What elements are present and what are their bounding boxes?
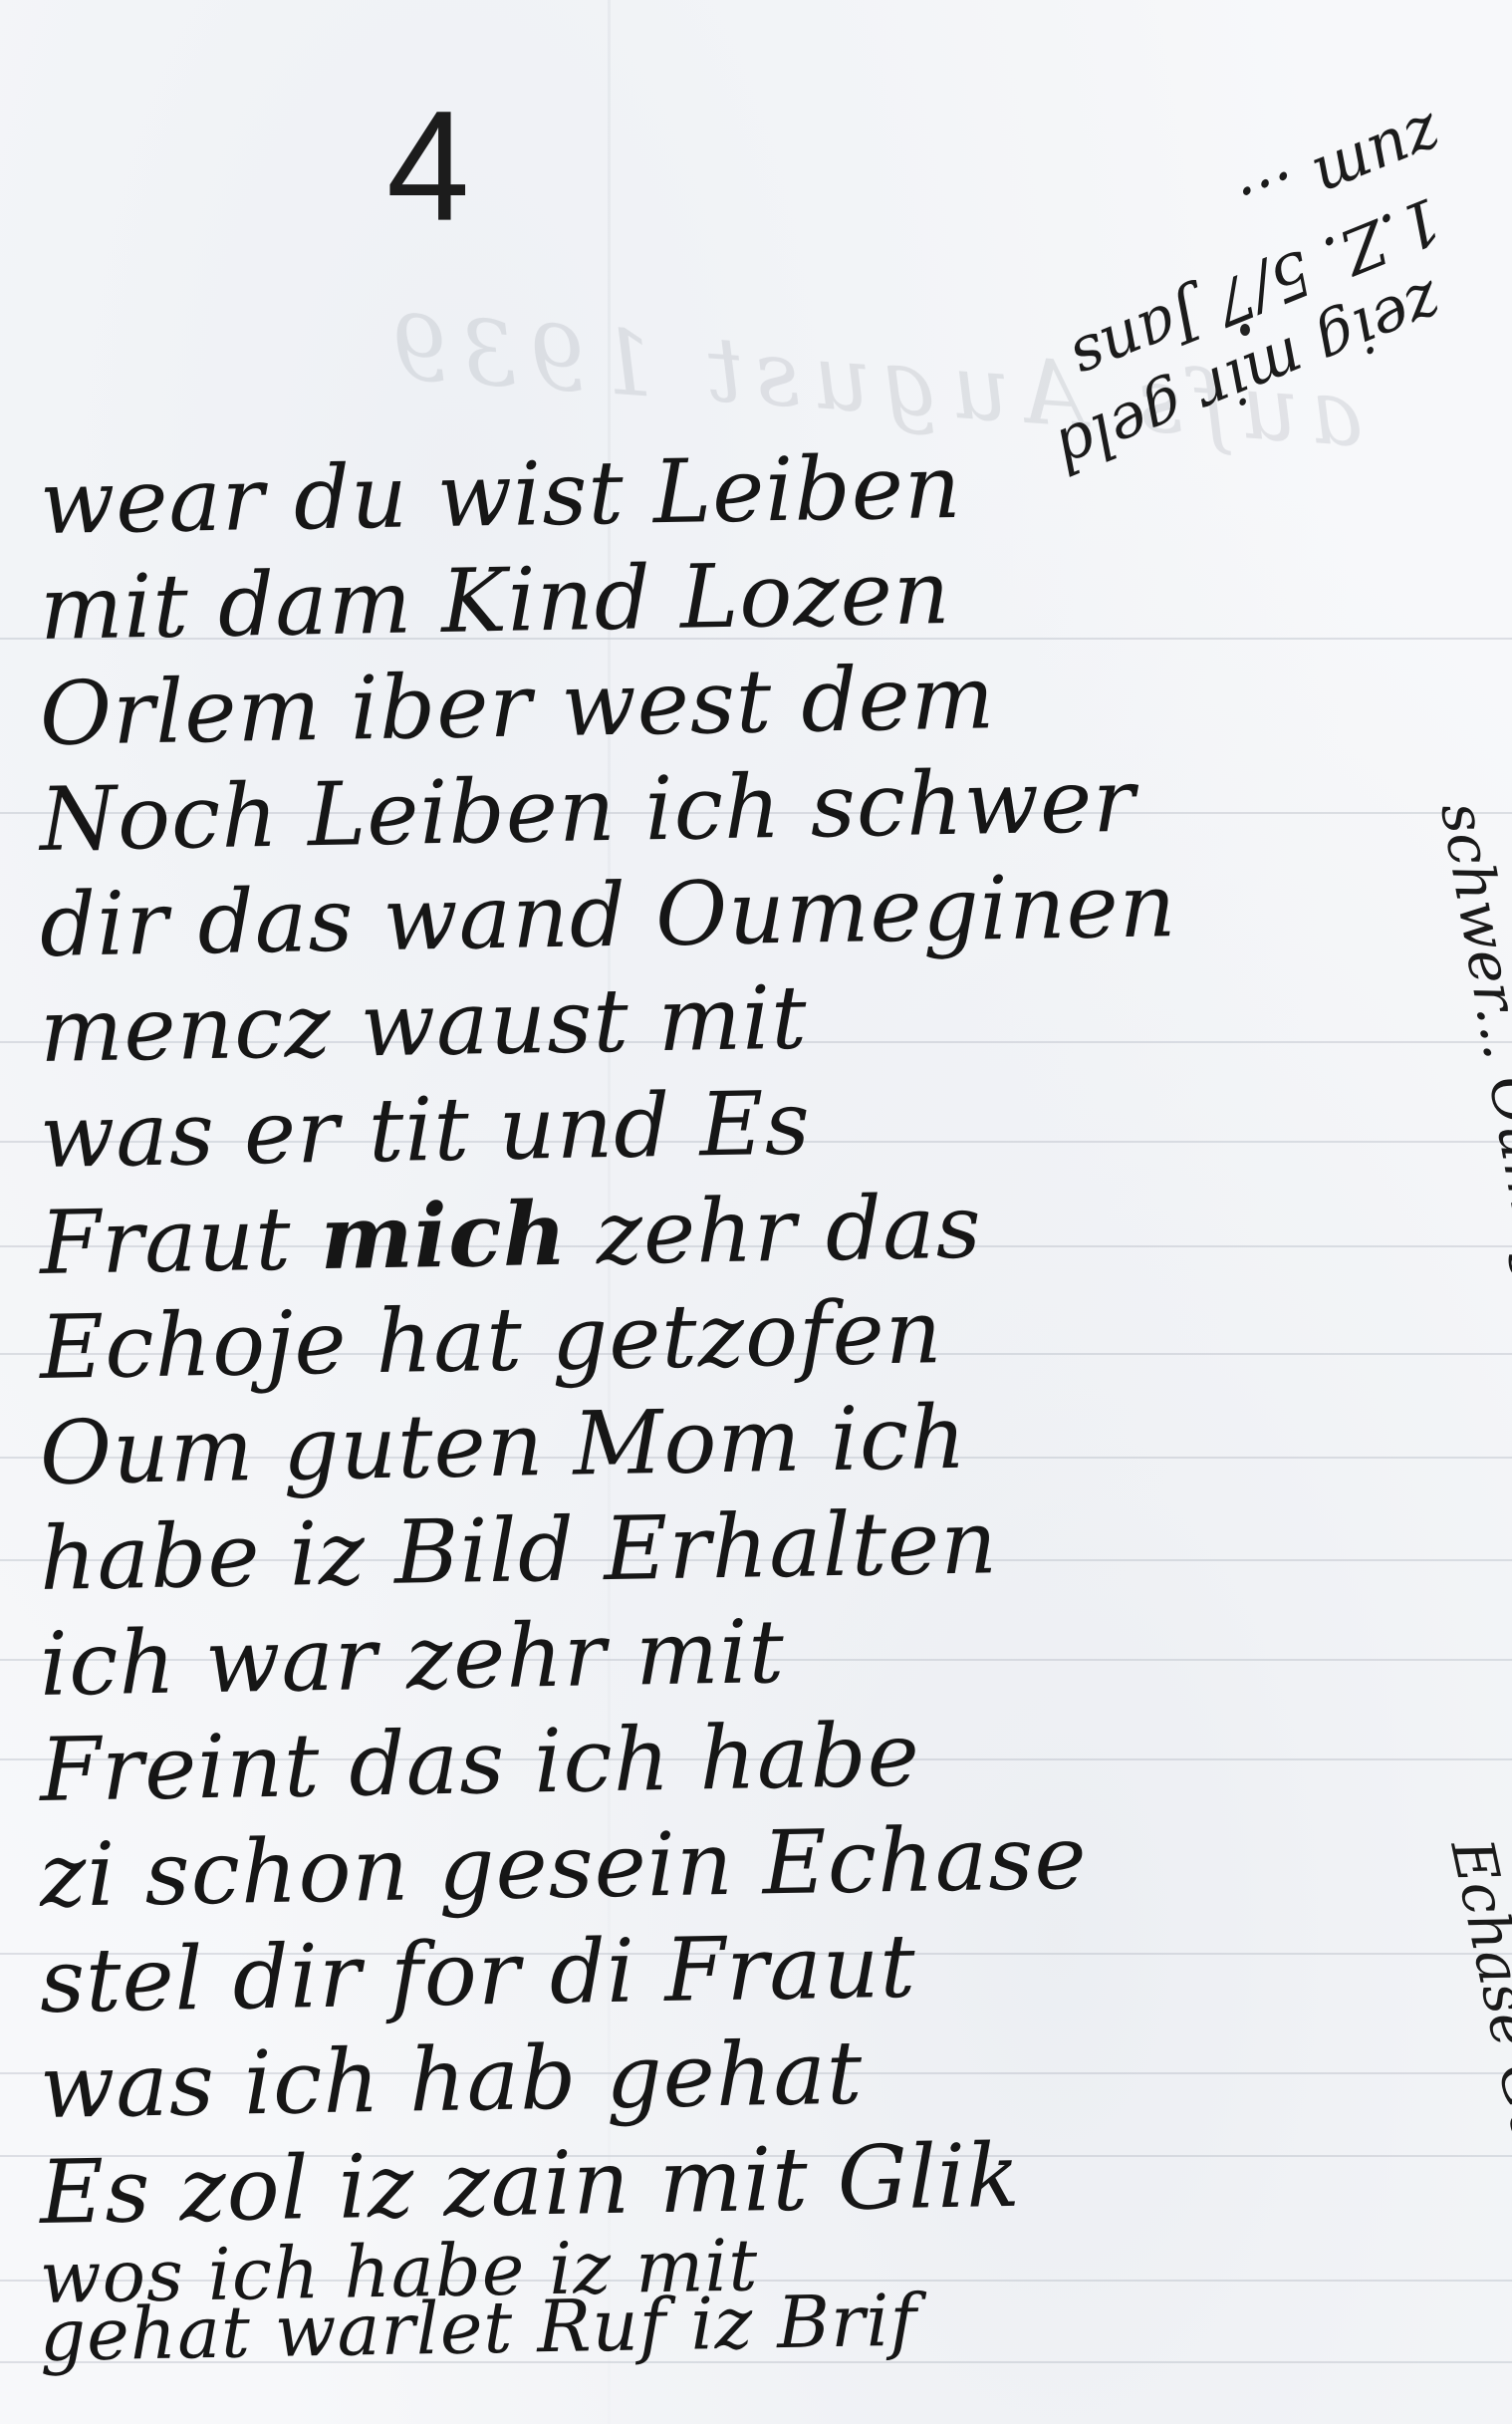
page-number: 4 (386, 76, 469, 257)
bold-word: mich (320, 1182, 569, 1289)
margin-note: Echase Geleit (1437, 1833, 1512, 2242)
letter-page: aufs August 1939 4 zeig mir geld 1.Z. 5/… (0, 0, 1512, 2424)
letter-body: wear du wist Leiben mit dam Kind Lozen O… (40, 453, 1434, 2364)
ink-dot (1240, 324, 1250, 336)
letter-line: gehat warlet Ruf iz Brif (39, 2283, 1434, 2364)
margin-note: schwer... Oumeginen (1427, 797, 1512, 1415)
upside-down-note: zeig mir geld 1.Z. 5/7 Jans zum ... (767, 40, 1454, 339)
